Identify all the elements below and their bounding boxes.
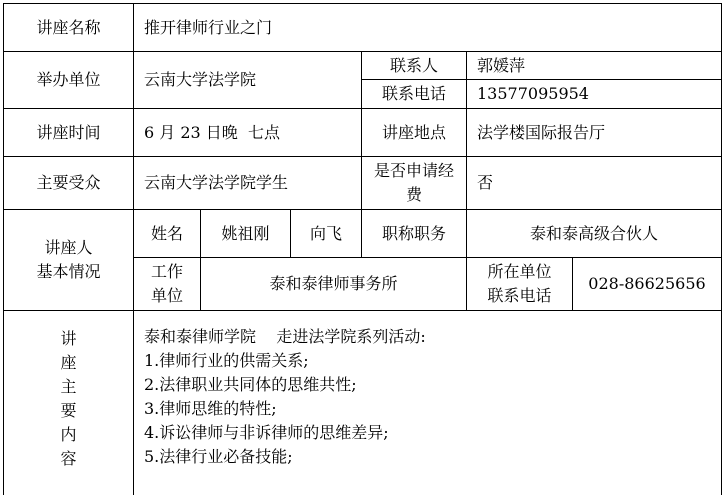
lecture-time-label-text: 讲座时间	[36, 121, 100, 145]
content-label-char: 要	[60, 399, 76, 423]
content-body: 泰和泰律师学院 走进法学院系列活动: 1.律师行业的供需关系; 2.法律职业共同…	[134, 311, 721, 495]
audience-label: 主要受众	[4, 157, 133, 209]
content-line: 1.律师行业的供需关系;	[144, 349, 309, 373]
speaker-title-value: 泰和泰高级合伙人	[467, 210, 721, 257]
speaker-title-value-text: 泰和泰高级合伙人	[530, 222, 658, 246]
speaker-employer-label: 工作 单位	[134, 258, 200, 310]
organizer-label: 举办单位	[4, 52, 133, 108]
lecture-name-label: 讲座名称	[4, 4, 133, 51]
speaker-employer-phone-value-text: 028-86625656	[588, 272, 705, 296]
funding-value: 否	[467, 157, 721, 209]
content-line: 4.诉讼律师与非诉律师的思维差异;	[144, 421, 389, 445]
funding-label: 是否申请经 费	[362, 157, 466, 209]
speaker-label: 讲座人 基本情况	[4, 210, 133, 310]
speaker-employer-value: 泰和泰律师事务所	[201, 258, 466, 310]
lecture-venue-label-text: 讲座地点	[382, 121, 446, 145]
contact-person-label: 联系人	[362, 52, 466, 79]
content-label-char: 内	[60, 423, 76, 447]
organizer-value: 云南大学法学院	[134, 52, 361, 108]
audience-label-text: 主要受众	[36, 171, 100, 195]
content-line: 3.律师思维的特性;	[144, 397, 277, 421]
lecture-venue-value: 法学楼国际报告厅	[467, 109, 721, 156]
content-label-char: 讲	[60, 327, 76, 351]
lecture-name-value-text: 推开律师行业之门	[144, 16, 272, 40]
contact-phone-label-text: 联系电话	[382, 82, 446, 106]
speaker-label-line2: 基本情况	[36, 260, 100, 284]
speaker-employer-phone-label-line2: 联系电话	[487, 284, 551, 308]
audience-value-text: 云南大学法学院学生	[144, 171, 288, 195]
content-label-char: 座	[60, 351, 76, 375]
speaker-title-label: 职称职务	[362, 210, 466, 257]
funding-label-line1: 是否申请经	[374, 159, 454, 183]
content-label-char: 主	[60, 375, 76, 399]
content-label-char: 容	[60, 447, 76, 471]
speaker-employer-phone-label: 所在单位 联系电话	[467, 258, 572, 310]
organizer-label-text: 举办单位	[36, 68, 100, 92]
speaker-name-2: 向飞	[291, 210, 361, 257]
speaker-employer-phone-value: 028-86625656	[573, 258, 721, 310]
lecture-name-label-text: 讲座名称	[36, 16, 100, 40]
speaker-name-2-text: 向飞	[310, 222, 342, 246]
contact-phone-value-text: 13577095954	[477, 82, 589, 106]
funding-value-text: 否	[477, 171, 493, 195]
content-label: 讲 座 主 要 内 容	[4, 311, 133, 495]
contact-phone-value: 13577095954	[467, 80, 721, 108]
lecture-time-value-text: 6 月 23 日晚 七点	[144, 121, 280, 145]
speaker-name-label-text: 姓名	[151, 222, 183, 246]
contact-person-label-text: 联系人	[390, 54, 438, 78]
speaker-employer-label-line2: 单位	[151, 284, 183, 308]
organizer-value-text: 云南大学法学院	[144, 68, 256, 92]
contact-person-value: 郭媛萍	[467, 52, 721, 79]
lecture-venue-label: 讲座地点	[362, 109, 466, 156]
content-line: 泰和泰律师学院 走进法学院系列活动:	[144, 325, 426, 349]
speaker-employer-label-line1: 工作	[151, 260, 183, 284]
speaker-name-1: 姚祖刚	[201, 210, 290, 257]
speaker-employer-phone-label-line1: 所在单位	[487, 260, 551, 284]
contact-person-value-text: 郭媛萍	[477, 54, 525, 78]
content-line: 5.法律行业必备技能;	[144, 445, 293, 469]
speaker-label-line1: 讲座人	[44, 236, 92, 260]
audience-value: 云南大学法学院学生	[134, 157, 361, 209]
speaker-name-1-text: 姚祖刚	[221, 222, 269, 246]
lecture-venue-value-text: 法学楼国际报告厅	[477, 121, 605, 145]
speaker-name-label: 姓名	[134, 210, 200, 257]
lecture-name-value: 推开律师行业之门	[134, 4, 721, 51]
contact-phone-label: 联系电话	[362, 80, 466, 108]
funding-label-line2: 费	[406, 183, 422, 207]
speaker-title-label-text: 职称职务	[382, 222, 446, 246]
lecture-time-label: 讲座时间	[4, 109, 133, 156]
content-line: 2.法律职业共同体的思维共性;	[144, 373, 357, 397]
lecture-time-value: 6 月 23 日晚 七点	[134, 109, 361, 156]
speaker-employer-value-text: 泰和泰律师事务所	[269, 272, 397, 296]
